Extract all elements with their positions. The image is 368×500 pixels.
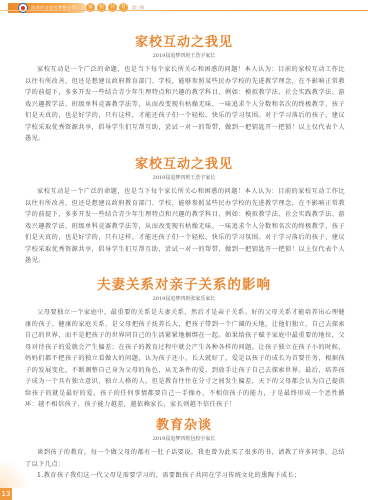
page-header: 深圳市宝安区梦想小学 家 校 共 育 第三期 [0,0,368,16]
paragraph: 家校互动是一个广泛的命题，也是当下每个家长所关心和困惑的问题！本人认为：目前的家… [25,186,345,267]
article-byline: 2019届追梦四班包校宇家长 [0,435,368,442]
article-2: 家校互动之我见 2019届追梦四班王浩宇家长 家校互动是一个广泛的命题，也是当下… [0,153,368,267]
header-divider [0,10,368,11]
article-title: 家校互动之我见 [0,31,368,50]
article-title: 教育杂谈 [0,414,368,433]
article-body: 谈到孩子的教育，每一个做父母的都有一肚子话要说，我也曾为此买了很多的书，请教了许… [25,447,345,482]
article-title: 家校互动之我见 [0,153,368,172]
article-byline: 2019届追梦四班王浩宇家长 [0,52,368,59]
article-body: 父母要独立一个家庭中，最重要的关系是夫妻关系，然后才是亲子关系。好的父母关系才能… [25,307,345,411]
school-logo-icon [18,3,28,13]
paragraph: 谈到孩子的教育，每一个做父母的都有一肚子话要说，我也曾为此买了很多的书，请教了许… [25,447,345,470]
article-1: 家校互动之我见 2019届追梦四班王浩宇家长 家校互动是一个广泛的命题，也是当下… [0,31,368,145]
page-number: 13 [0,488,12,500]
paragraph: 1.教育孩子我们这一代父母是需要学习的，需要跟孩子共同在学习传统文化的熏陶下成长… [25,470,345,482]
corner-decoration [0,458,30,488]
article-byline: 2019届追梦四班张家乐家长 [0,295,368,302]
paragraph: 家校互动是一个广泛的命题，也是当下每个家长所关心和困惑的问题！本人认为：目前的家… [25,64,345,145]
article-title: 夫妻关系对亲子关系的影响 [0,273,368,293]
article-byline: 2019届追梦四班王浩宇家长 [0,174,368,181]
article-3: 夫妻关系对亲子关系的影响 2019届追梦四班张家乐家长 父母要独立一个家庭中，最… [0,273,368,411]
article-4: 教育杂谈 2019届追梦四班包校宇家长 谈到孩子的教育，每一个做父母的都有一肚子… [0,414,368,482]
school-banner: 深圳市宝安区梦想小学 [8,3,86,13]
article-body: 家校互动是一个广泛的命题，也是当下每个家长所关心和困惑的问题！本人认为：目前的家… [25,64,345,145]
paragraph: 父母要独立一个家庭中，最重要的关系是夫妻关系，然后才是亲子关系。好的父母关系才能… [25,307,345,411]
article-body: 家校互动是一个广泛的命题，也是当下每个家长所关心和困惑的问题！本人认为：目前的家… [25,186,345,267]
